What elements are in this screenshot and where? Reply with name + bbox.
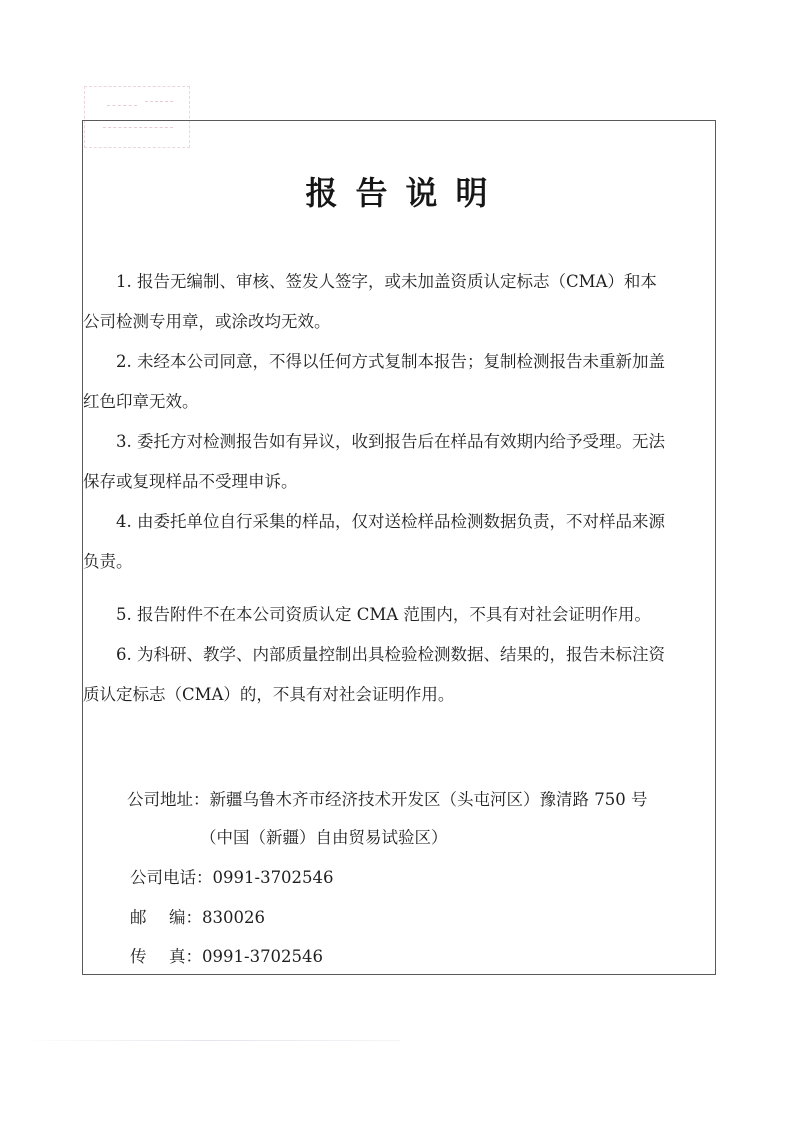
item-text: 未经本公司同意，不得以任何方式复制本报告；复制检测报告未重新加盖 (137, 352, 665, 371)
stamp-stroke (107, 105, 137, 106)
postcode-value: 830026 (202, 908, 265, 927)
item-5-line-1: 5. 报告附件不在本公司资质认定 CMA 范围内，不具有对社会证明作用。 (116, 604, 651, 626)
fax-value: 0991-3702546 (202, 947, 323, 966)
fax-line: 传真：0991-3702546 (130, 946, 323, 968)
address-value: 新疆乌鲁木齐市经济技术开发区（头屯河区）豫清路 750 号 (210, 790, 648, 809)
item-text: 报告附件不在本公司资质认定 CMA 范围内，不具有对社会证明作用。 (137, 605, 651, 624)
fax-label-char-2: 真： (169, 946, 202, 968)
fax-label: 传真： (130, 946, 202, 968)
item-4-line-1: 4. 由委托单位自行采集的样品，仅对送检样品检测数据负责，不对样品来源 (116, 511, 665, 533)
address-line-2: （中国（新疆）自由贸易试验区） (200, 827, 448, 849)
phone-value: 0991-3702546 (213, 868, 334, 887)
address-label: 公司地址： (127, 790, 210, 809)
item-text: 委托方对检测报告如有异议，收到报告后在样品有效期内给予受理。无法 (137, 432, 665, 451)
scan-artifact-line (20, 1040, 400, 1041)
item-1-line-2: 公司检测专用章，或涂改均无效。 (83, 311, 331, 333)
item-number: 1. (116, 272, 132, 291)
postcode-label: 邮编： (130, 907, 202, 929)
phone-label: 公司电话： (130, 868, 213, 887)
fax-label-char-1: 传 (130, 947, 147, 966)
phone-line: 公司电话：0991-3702546 (130, 867, 334, 889)
item-text: 报告无编制、审核、签发人签字，或未加盖资质认定标志（CMA）和本 (137, 272, 657, 291)
item-3-line-1: 3. 委托方对检测报告如有异议，收到报告后在样品有效期内给予受理。无法 (116, 431, 665, 453)
item-3-line-2: 保存或复现样品不受理申诉。 (83, 471, 298, 493)
item-6-line-2: 质认定标志（CMA）的，不具有对社会证明作用。 (83, 684, 454, 706)
stamp-stroke (145, 101, 173, 102)
postcode-label-char-1: 邮 (130, 908, 147, 927)
item-number: 4. (116, 512, 132, 531)
postcode-label-char-2: 编： (169, 907, 202, 929)
item-number: 5. (116, 605, 132, 624)
item-text: 由委托单位自行采集的样品，仅对送检样品检测数据负责，不对样品来源 (137, 512, 665, 531)
item-4-line-2: 负责。 (83, 551, 133, 573)
item-2-line-1: 2. 未经本公司同意，不得以任何方式复制本报告；复制检测报告未重新加盖 (116, 351, 665, 373)
item-6-line-1: 6. 为科研、教学、内部质量控制出具检验检测数据、结果的，报告未标注资 (116, 644, 665, 666)
item-number: 3. (116, 432, 132, 451)
item-number: 6. (116, 645, 132, 664)
item-text: 为科研、教学、内部质量控制出具检验检测数据、结果的，报告未标注资 (137, 645, 665, 664)
page-title: 报告说明 (0, 168, 793, 214)
item-1-line-1: 1. 报告无编制、审核、签发人签字，或未加盖资质认定标志（CMA）和本 (116, 271, 657, 293)
postcode-line: 邮编：830026 (130, 907, 265, 929)
item-number: 2. (116, 352, 132, 371)
item-2-line-2: 红色印章无效。 (83, 391, 199, 413)
address-line-1: 公司地址：新疆乌鲁木齐市经济技术开发区（头屯河区）豫清路 750 号 (127, 789, 647, 811)
